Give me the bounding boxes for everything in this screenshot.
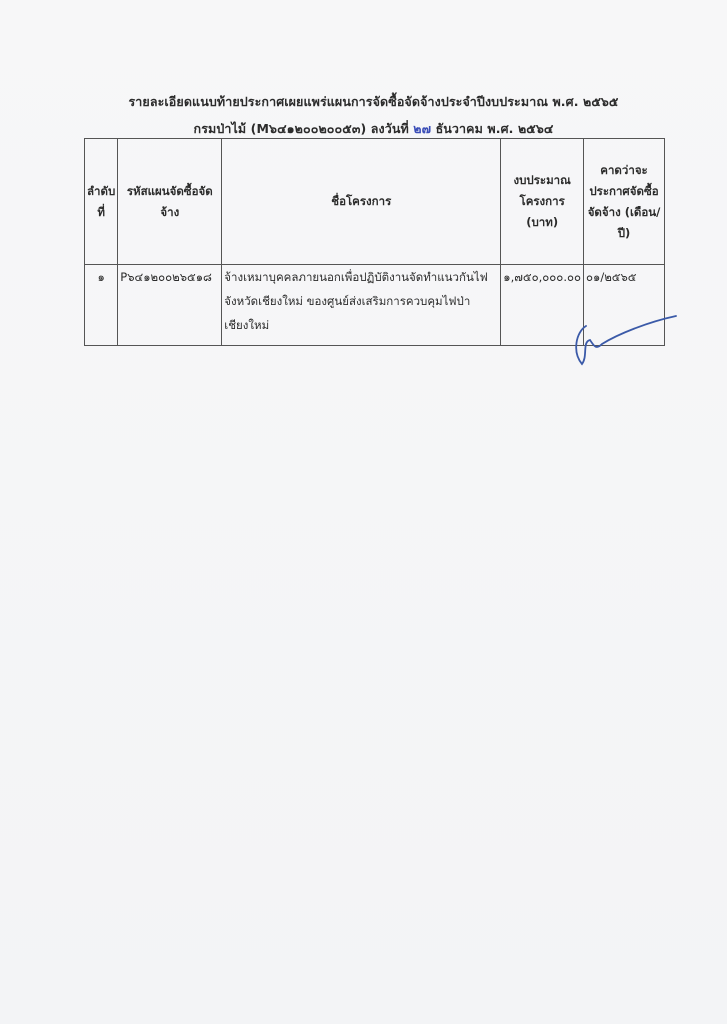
header-project: ชื่อโครงการ (222, 139, 501, 265)
cell-seq: ๑ (85, 265, 118, 346)
table-header-row: ลำดับที่ รหัสแผนจัดซื้อจัดจ้าง ชื่อโครงก… (85, 139, 665, 265)
document-page: รายละเอียดแนบท้ายประกาศเผยแพร่แผนการจัดซ… (0, 0, 727, 1024)
subtitle-day: ๒๗ (413, 121, 431, 136)
subtitle-prefix: กรมป่าไม้ (M๖๔๑๒๐๐๒๐๐๕๓) ลงวันที่ (194, 121, 409, 136)
header-announce: คาดว่าจะประกาศจัดซื้อจัดจ้าง (เดือน/ปี) (584, 139, 665, 265)
header-code: รหัสแผนจัดซื้อจัดจ้าง (118, 139, 222, 265)
cell-code: P๖๔๑๒๐๐๒๖๕๑๘ (118, 265, 222, 346)
document-subtitle: กรมป่าไม้ (M๖๔๑๒๐๐๒๐๐๕๓) ลงวันที่ ๒๗ ธัน… (10, 119, 727, 139)
cell-project: จ้างเหมาบุคคลภายนอกเพื่อปฏิบัติงานจัดทำแ… (222, 265, 501, 346)
subtitle-suffix: ธันวาคม พ.ศ. ๒๕๖๔ (436, 121, 554, 136)
document-title: รายละเอียดแนบท้ายประกาศเผยแพร่แผนการจัดซ… (10, 92, 727, 112)
signature-mark (568, 312, 688, 372)
header-seq: ลำดับที่ (85, 139, 118, 265)
header-budget: งบประมาณโครงการ (บาท) (501, 139, 584, 265)
